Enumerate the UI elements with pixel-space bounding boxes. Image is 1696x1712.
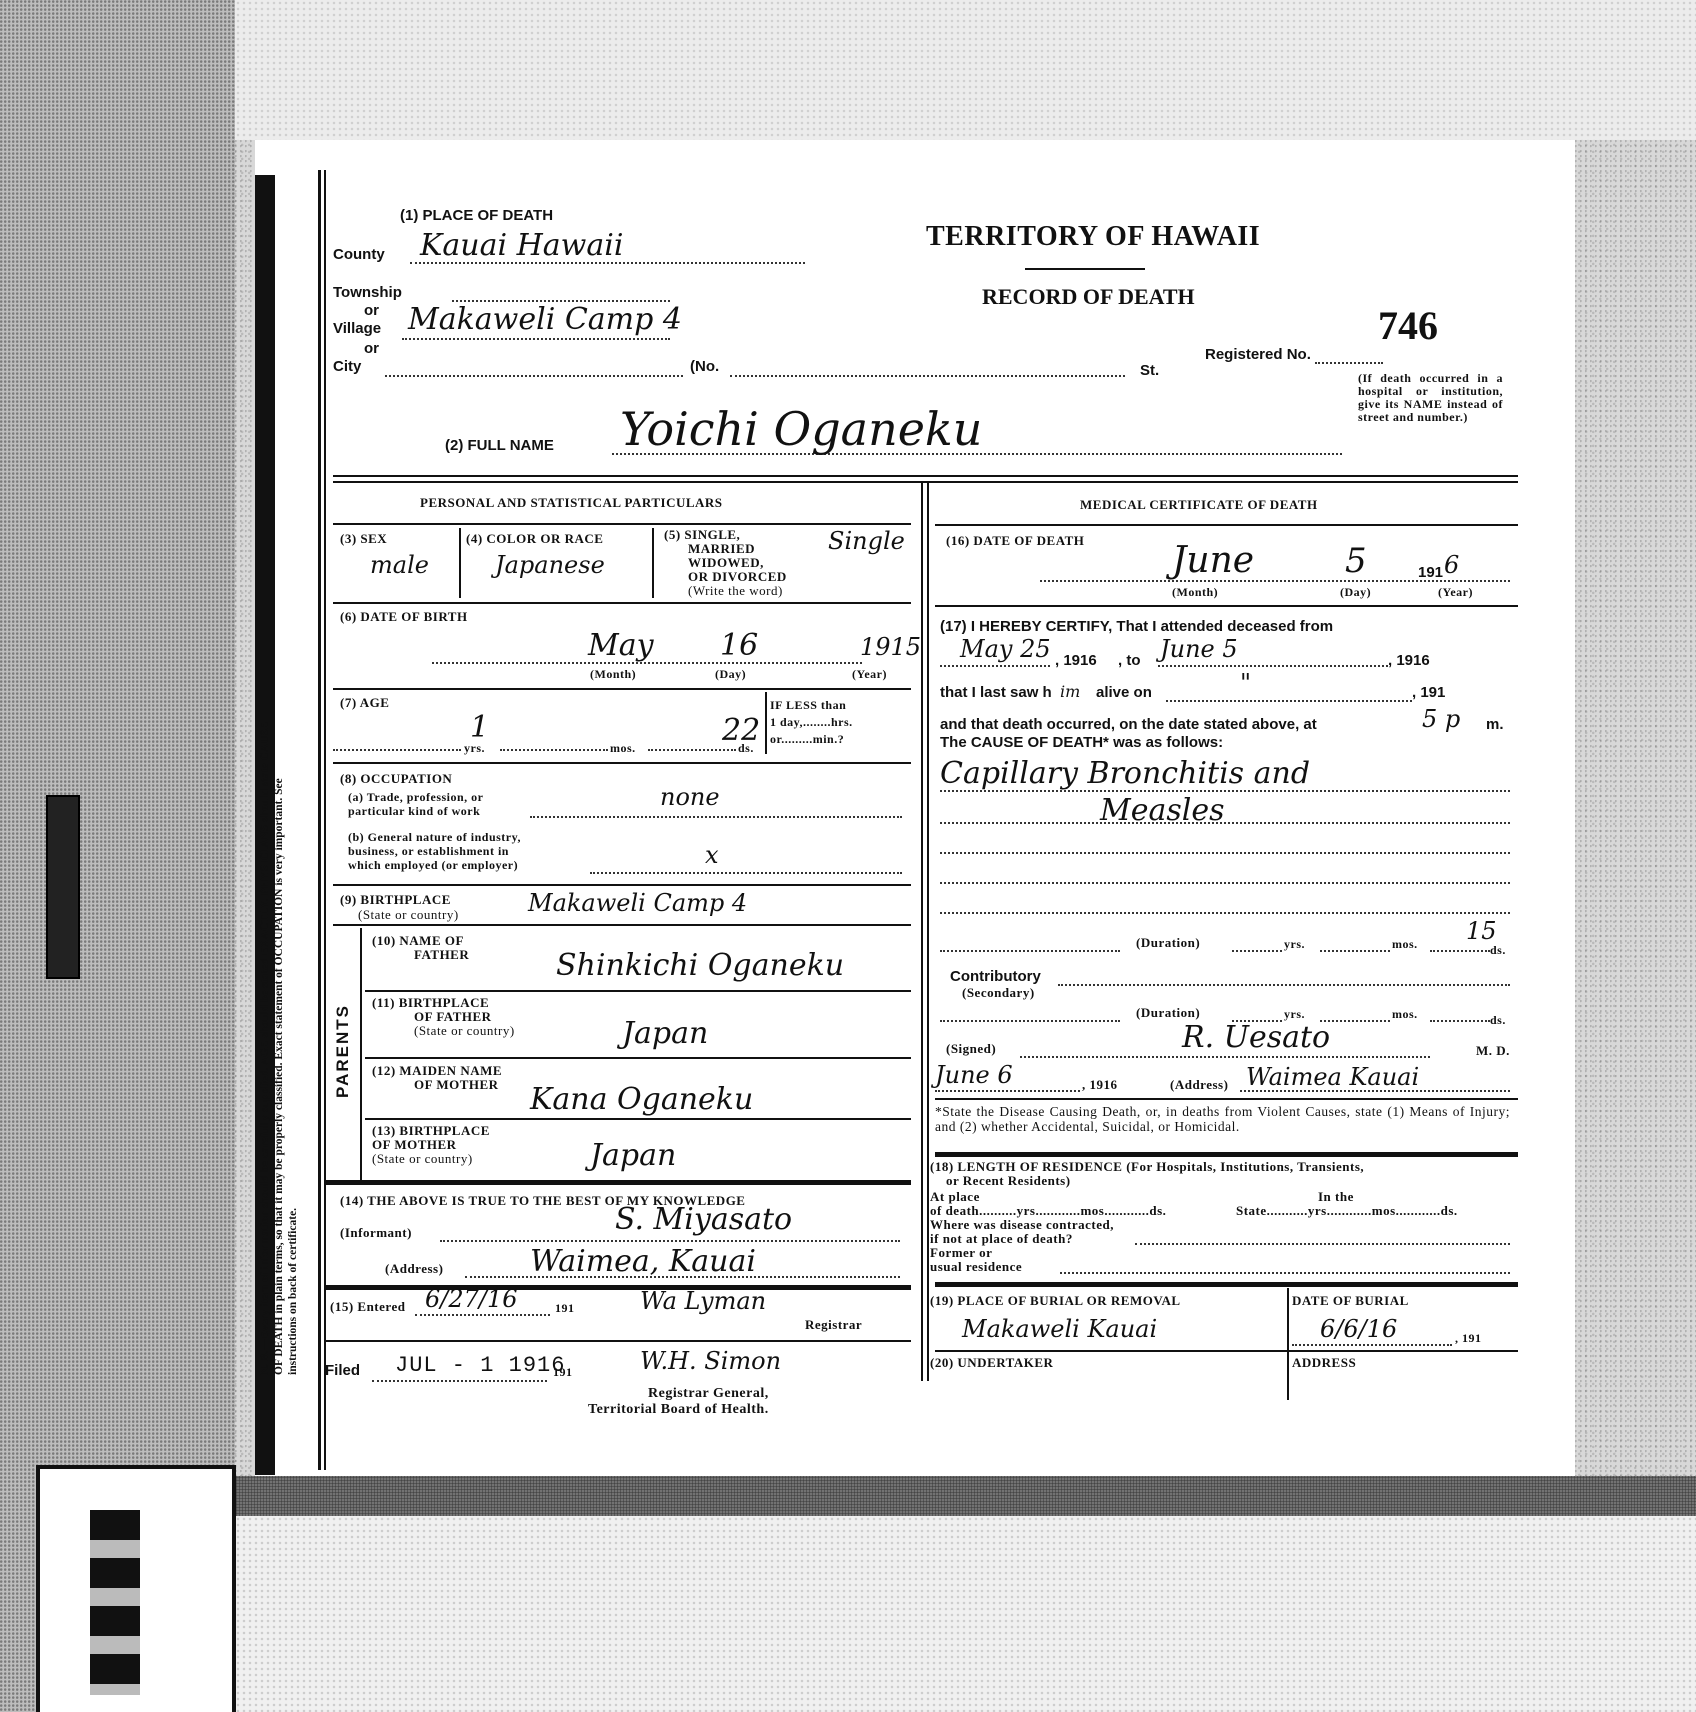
if-less-line-1: IF LESS than <box>770 697 853 714</box>
duration-mos-label: mos. <box>1392 938 1418 951</box>
to-year: , 1916 <box>1388 652 1430 669</box>
occupation-a-line-2: particular kind of work <box>348 804 484 818</box>
burial-date-label: DATE OF BURIAL <box>1292 1294 1409 1308</box>
father-birthplace-value[interactable]: Japan <box>622 1018 708 1050</box>
informant-line <box>440 1240 900 1242</box>
mother-name-label-line-2: OF MOTHER <box>372 1078 502 1092</box>
dob-label: (6) DATE OF BIRTH <box>340 610 468 624</box>
registrar-general-label: Registrar General, Territorial Board of … <box>648 1386 769 1418</box>
side-note-line-1: N. B.—Every item of information should b… <box>258 175 272 1375</box>
mother-name-label: (12) MAIDEN NAME OF MOTHER <box>372 1064 502 1092</box>
side-note-line-3: instructions on back of certificate. <box>286 175 300 1375</box>
row-line-residence <box>935 1152 1518 1157</box>
section-divider-top-2 <box>333 481 1518 483</box>
registered-no-line <box>1315 362 1383 364</box>
age-years-caption: yrs. <box>464 742 485 755</box>
cause-footnote: *State the Disease Causing Death, or, in… <box>935 1104 1510 1134</box>
occupation-a-label: (a) Trade, profession, or particular kin… <box>348 790 484 818</box>
duration-yrs-line <box>1232 950 1282 952</box>
or-label-2: or <box>364 340 379 357</box>
disease-contracted-line-2: if not at place of death? <box>930 1232 1114 1246</box>
secondary-label: (Secondary) <box>962 986 1035 1000</box>
row-line-entered <box>325 1285 911 1290</box>
registered-number: 746 <box>1378 305 1438 347</box>
binder-tab-mark <box>46 795 80 979</box>
dod-year-caption: (Year) <box>1438 586 1473 599</box>
dod-month-caption: (Month) <box>1172 586 1218 599</box>
dod-label: (16) DATE OF DEATH <box>946 534 1084 548</box>
age-months-caption: mos. <box>610 742 636 755</box>
entered-value[interactable]: 6/27/16 <box>425 1286 518 1312</box>
undertaker-label: (20) UNDERTAKER <box>930 1356 1053 1370</box>
in-state-line-1: In the <box>1236 1190 1458 1204</box>
registrar-label: Registrar <box>805 1318 862 1332</box>
county-label: County <box>333 246 385 263</box>
death-time[interactable]: 5 p <box>1422 706 1460 732</box>
filed-date-stamp: JUL - 1 1916 <box>395 1354 565 1378</box>
duration-line <box>940 950 1120 952</box>
row-line-undertaker <box>935 1350 1518 1352</box>
father-name-label-line-2: FATHER <box>372 948 469 962</box>
or-label-1: or <box>364 302 379 319</box>
disease-contracted-line <box>1135 1243 1510 1245</box>
dob-day[interactable]: 16 <box>720 630 758 662</box>
signed-date-line <box>935 1090 1080 1092</box>
mother-birthplace-label-line-3: (State or country) <box>372 1152 490 1166</box>
occupation-b-value[interactable]: x <box>705 842 719 868</box>
at-place-line-1: At place <box>930 1190 1166 1204</box>
mother-birthplace-label-line-2: OF MOTHER <box>372 1138 490 1152</box>
marital-label-line-2: MARRIED <box>664 542 787 556</box>
sex-label: (3) SEX <box>340 532 387 546</box>
cause-line-4 <box>940 882 1510 884</box>
occupation-label: (8) OCCUPATION <box>340 772 452 786</box>
filed-line <box>372 1380 547 1382</box>
dob-month-caption: (Month) <box>590 668 636 681</box>
filed-label: Filed <box>325 1362 360 1379</box>
age-months-line <box>500 749 608 751</box>
duration2-mos-line <box>1320 1020 1390 1022</box>
in-state-line-2: State...........yrs............mos......… <box>1236 1204 1458 1218</box>
birthplace-label: (9) BIRTHPLACE (State or country) <box>340 892 459 922</box>
duration-ds-line <box>1430 950 1490 952</box>
mother-birthplace-label-line-1: (13) BIRTHPLACE <box>372 1124 490 1138</box>
scan-bottom-shadow <box>235 1476 1696 1516</box>
dob-year[interactable]: 1915 <box>860 634 921 660</box>
row-line-mother-name <box>365 1057 911 1059</box>
physician-signature: R. Uesato <box>1182 1022 1330 1054</box>
filed-year-prefix: 191 <box>553 1366 573 1379</box>
age-label: (7) AGE <box>340 696 389 710</box>
village-value[interactable]: Makaweli Camp 4 <box>408 304 682 336</box>
mother-birthplace-label: (13) BIRTHPLACE OF MOTHER (State or coun… <box>372 1124 490 1166</box>
row-line-occupation <box>333 762 911 764</box>
father-name-label-line-1: (10) NAME OF <box>372 934 469 948</box>
registrar-general-line-1: Registrar General, <box>648 1386 769 1402</box>
age-years-line <box>333 749 461 751</box>
contributory-label: Contributory <box>950 968 1041 985</box>
burial-place-value[interactable]: Makaweli Kauai <box>962 1316 1157 1342</box>
entered-year-prefix: 191 <box>555 1302 575 1315</box>
alive-on-value[interactable]: " <box>1240 670 1251 696</box>
age-days-caption: ds. <box>738 742 754 755</box>
md-label: M. D. <box>1476 1044 1510 1058</box>
father-name-value[interactable]: Shinkichi Oganeku <box>556 950 844 982</box>
physician-address-value[interactable]: Waimea Kauai <box>1246 1064 1419 1090</box>
father-birthplace-label-line-2: OF FATHER <box>372 1010 515 1024</box>
residence-label-line-2: or Recent Residents) <box>930 1174 1364 1188</box>
instructions-side-note: N. B.—Every item of information should b… <box>258 175 300 1375</box>
marital-label-line-4: OR DIVORCED <box>664 570 787 584</box>
race-marital-divider <box>652 528 654 598</box>
marital-label-line-5: (Write the word) <box>664 584 787 598</box>
last-saw-label: that I last saw h <box>940 684 1052 701</box>
row-line-age <box>333 688 911 690</box>
duration-days[interactable]: 15 <box>1466 918 1497 944</box>
marital-label-line-3: WIDOWED, <box>664 556 787 570</box>
cause-line-5 <box>940 912 1510 914</box>
father-birthplace-label-line-3: (State or country) <box>372 1024 515 1038</box>
registrar-general-line-2: Territorial Board of Health. <box>588 1402 769 1418</box>
certify-label: (17) I HEREBY CERTIFY, That I attended d… <box>940 618 1333 635</box>
if-less-line-2: 1 day,........hrs. <box>770 714 853 731</box>
from-date-line <box>940 665 1050 667</box>
entered-line <box>415 1314 550 1316</box>
row-line-birthplace <box>333 884 911 886</box>
place-of-death-heading: (1) PLACE OF DEATH <box>400 207 553 224</box>
father-birthplace-label: (11) BIRTHPLACE OF FATHER (State or coun… <box>372 996 515 1038</box>
village-line <box>402 338 670 340</box>
cause-line-2 <box>940 822 1510 824</box>
section-divider-top <box>333 475 1518 477</box>
occupation-a-line-1: (a) Trade, profession, or <box>348 790 484 804</box>
city-label: City <box>333 358 361 375</box>
dod-day-caption: (Day) <box>1340 586 1371 599</box>
former-residence-label: Former or usual residence <box>930 1246 1022 1274</box>
dod-year-prefix: 191 <box>1418 564 1443 581</box>
disease-contracted-line-1: Where was disease contracted, <box>930 1218 1114 1232</box>
burial-date-year: , 191 <box>1455 1332 1482 1345</box>
personal-heading-line <box>333 523 911 525</box>
stub-barcode-mark <box>90 1510 140 1695</box>
occupation-a-line <box>530 816 902 818</box>
burial-date-divider <box>1287 1288 1289 1400</box>
street-suffix-label: St. <box>1140 362 1159 379</box>
burial-date-line <box>1292 1344 1452 1346</box>
county-value[interactable]: Kauai Hawaii <box>420 230 623 262</box>
scan-left-margin <box>0 0 235 1712</box>
dob-month[interactable]: May <box>588 630 654 662</box>
duration2-line <box>940 1020 1120 1022</box>
marital-label: (5) SINGLE, MARRIED WIDOWED, OR DIVORCED… <box>664 528 787 598</box>
race-label: (4) COLOR OR RACE <box>466 532 603 546</box>
duration2-ds-label: ds. <box>1490 1014 1506 1027</box>
occupation-b-label: (b) General nature of industry, business… <box>348 830 521 872</box>
column-divider-2 <box>927 481 929 1381</box>
signed-year: , 1916 <box>1082 1078 1118 1092</box>
signed-date[interactable]: June 6 <box>935 1062 1013 1088</box>
signed-label: (Signed) <box>946 1042 996 1056</box>
mother-name-value[interactable]: Kana Oganeku <box>530 1084 753 1116</box>
from-date[interactable]: May 25 <box>960 636 1051 662</box>
residence-label: (18) LENGTH OF RESIDENCE (For Hospitals,… <box>930 1160 1364 1188</box>
full-name-value[interactable]: Yoichi Oganeku <box>620 405 982 453</box>
street-number-label: (No. <box>690 358 719 375</box>
side-note-line-2: OF DEATH in plain terms, so that it may … <box>272 175 286 1375</box>
registrar-general-signature: W.H. Simon <box>640 1348 781 1374</box>
informant-address-value[interactable]: Waimea, Kauai <box>530 1246 756 1278</box>
from-year: , 1916 <box>1055 652 1097 669</box>
city-line <box>385 375 683 377</box>
duration-yrs-label: yrs. <box>1284 938 1305 951</box>
row-line-parents <box>333 924 911 926</box>
alive-on-label: alive on <box>1096 684 1152 701</box>
row-line-filed <box>325 1340 911 1342</box>
hospital-note: (If death occurred in a hospital or inst… <box>1358 372 1503 424</box>
parents-divider <box>360 928 362 1180</box>
row-line-mother-birthplace <box>365 1118 911 1120</box>
occupation-b-line-2: business, or establishment in <box>348 844 521 858</box>
duration-label: (Duration) <box>1136 936 1200 950</box>
former-residence-line <box>1060 1272 1510 1274</box>
birthplace-label-line-2: (State or country) <box>340 907 459 922</box>
medical-heading: MEDICAL CERTIFICATE OF DEATH <box>1080 498 1318 512</box>
sex-value[interactable]: male <box>370 552 429 578</box>
dob-year-caption: (Year) <box>852 668 887 681</box>
occupation-b-line <box>590 872 902 874</box>
frame-left-border-inner <box>324 170 326 1470</box>
sex-race-divider <box>459 528 461 598</box>
to-date[interactable]: June 5 <box>1160 636 1238 662</box>
occupation-a-value[interactable]: none <box>660 784 720 810</box>
contributory-line <box>1058 984 1510 986</box>
dod-month[interactable]: June <box>1172 545 1254 577</box>
death-time-suffix: m. <box>1486 716 1504 733</box>
birthplace-value[interactable]: Makaweli Camp 4 <box>528 890 747 916</box>
physician-address-label: (Address) <box>1170 1078 1228 1092</box>
father-birthplace-label-line-1: (11) BIRTHPLACE <box>372 996 515 1010</box>
scan-bottom-margin <box>235 1516 1696 1712</box>
cause-label: The CAUSE OF DEATH* was as follows: <box>940 734 1223 751</box>
to-date-line <box>1158 665 1388 667</box>
father-name-label: (10) NAME OF FATHER <box>372 934 469 962</box>
alive-on-year: , 191 <box>1412 684 1445 701</box>
former-residence-line-1: Former or <box>930 1246 1022 1260</box>
last-saw-pronoun[interactable]: im <box>1060 676 1080 708</box>
village-label: Village <box>333 320 381 337</box>
duration2-mos-label: mos. <box>1392 1008 1418 1021</box>
signed-line <box>1020 1056 1430 1058</box>
title-divider <box>1025 268 1145 270</box>
race-value[interactable]: Japanese <box>495 552 605 578</box>
duration-ds-label: ds. <box>1490 944 1506 957</box>
informant-label: (Informant) <box>340 1226 412 1240</box>
cause-value-1[interactable]: Capillary Bronchitis and <box>940 758 1310 790</box>
duration2-ds-line <box>1430 1020 1490 1022</box>
at-place-line-2: of death..........yrs............mos....… <box>930 1204 1166 1218</box>
row-line-dob <box>333 602 911 604</box>
at-place-label: At place of death..........yrs..........… <box>930 1190 1166 1218</box>
in-state-label: In the State...........yrs............mo… <box>1236 1190 1458 1218</box>
former-residence-line-2: usual residence <box>930 1260 1022 1274</box>
to-label: , to <box>1118 652 1141 669</box>
cause-value-2[interactable]: Measles <box>1100 795 1225 827</box>
row-line-informant <box>325 1180 911 1185</box>
undertaker-address-label: ADDRESS <box>1292 1356 1356 1370</box>
mother-name-label-line-1: (12) MAIDEN NAME <box>372 1064 502 1078</box>
residence-label-line-1: (18) LENGTH OF RESIDENCE (For Hospitals,… <box>930 1160 1364 1174</box>
mother-birthplace-value[interactable]: Japan <box>590 1140 676 1172</box>
scan-top-margin <box>235 0 1696 140</box>
alive-on-line <box>1166 700 1412 702</box>
entered-label: (15) Entered <box>330 1300 405 1314</box>
cause-line-3 <box>940 852 1510 854</box>
informant-value[interactable]: S. Miyasato <box>615 1204 792 1236</box>
age-less-divider <box>765 692 767 754</box>
document-subtitle: RECORD OF DEATH <box>982 285 1195 309</box>
registered-no-label: Registered No. <box>1205 346 1311 363</box>
death-occurred-label: and that death occurred, on the date sta… <box>940 716 1317 733</box>
occupation-b-line-1: (b) General nature of industry, <box>348 830 521 844</box>
column-divider <box>921 481 923 1381</box>
duration2-label: (Duration) <box>1136 1006 1200 1020</box>
birthplace-label-line-1: (9) BIRTHPLACE <box>340 892 459 907</box>
parents-label: PARENTS <box>334 1004 352 1098</box>
street-line <box>730 375 1125 377</box>
medical-heading-line <box>935 524 1518 526</box>
disease-contracted-label: Where was disease contracted, if not at … <box>930 1218 1114 1246</box>
row-line-father-birthplace <box>365 990 911 992</box>
row-line-burial <box>935 1282 1518 1287</box>
age-days-line <box>648 749 736 751</box>
occupation-b-line-3: which employed (or employer) <box>348 858 521 872</box>
dod-day[interactable]: 5 <box>1345 545 1367 577</box>
frame-left-border <box>318 170 321 1470</box>
township-label: Township <box>333 284 402 301</box>
dob-day-caption: (Day) <box>715 668 746 681</box>
row-line-footnote <box>935 1098 1518 1100</box>
informant-address-label: (Address) <box>385 1262 443 1276</box>
document-title: TERRITORY OF HAWAII <box>926 222 1260 252</box>
burial-place-label: (19) PLACE OF BURIAL OR REMOVAL <box>930 1294 1181 1308</box>
if-less-label: IF LESS than 1 day,........hrs. or......… <box>770 697 853 748</box>
marital-value[interactable]: Single <box>828 528 905 554</box>
dod-year-suffix[interactable]: 6 <box>1444 552 1459 578</box>
full-name-label: (2) FULL NAME <box>445 437 554 454</box>
duration-mos-line <box>1320 950 1390 952</box>
marital-label-line-1: (5) SINGLE, <box>664 528 787 542</box>
burial-date-value[interactable]: 6/6/16 <box>1320 1316 1397 1342</box>
if-less-line-3: or.........min.? <box>770 731 853 748</box>
age-years[interactable]: 1 <box>470 712 489 744</box>
row-line-certify <box>935 605 1518 607</box>
registrar-signature: Wa Lyman <box>640 1288 766 1314</box>
personal-heading: PERSONAL AND STATISTICAL PARTICULARS <box>420 496 723 510</box>
